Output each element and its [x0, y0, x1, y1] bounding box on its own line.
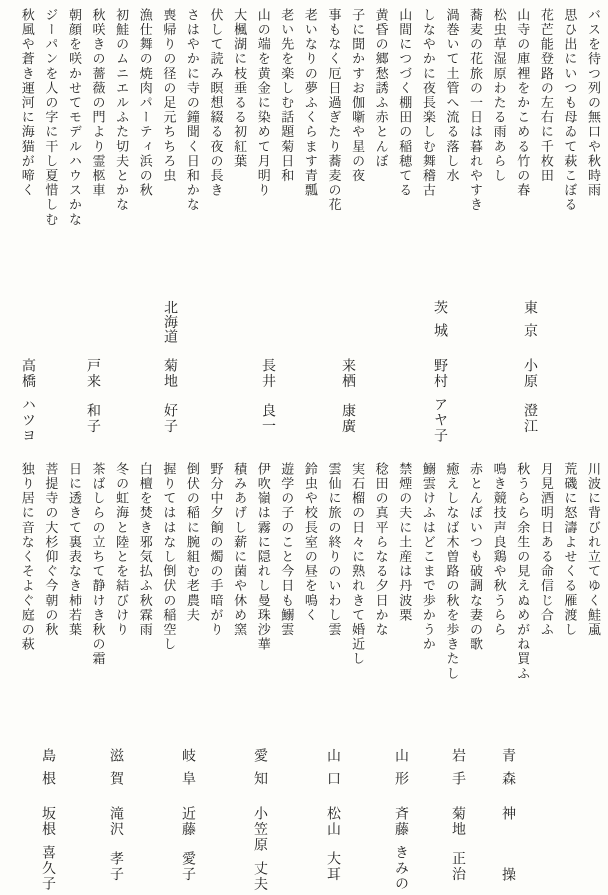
haiku-column: 雲仙に旅の終りのいわし雲	[326, 462, 340, 637]
author-location-label: 東京	[520, 300, 538, 348]
author-location-label: 山口	[323, 748, 341, 796]
haiku-column: 鈴虫や校長室の昼を鳴く	[303, 462, 317, 623]
author-family-name: 来栖	[340, 358, 355, 389]
haiku-column: 秋風や蒼き運河に海猫が啼く	[20, 8, 34, 198]
haiku-column: 山間につづく棚田の稲穂てる	[397, 8, 411, 198]
haiku-column: 松虫草湿原わたる雨あらし	[492, 8, 506, 183]
haiku-column: 実石榴の日々に熟れきて婚近し	[350, 462, 364, 666]
author-given-name: 大耳	[325, 851, 340, 882]
author-column: 茨城野村アヤ子	[430, 300, 448, 444]
author-location-label: 愛知	[250, 748, 268, 796]
author-column: 来栖康廣	[338, 300, 356, 434]
haiku-column: 山寺の庫裡をかこめる竹の春	[515, 8, 529, 198]
haiku-column: 子に聞かすお伽噺や星の夜	[350, 8, 364, 183]
haiku-column: 稔田の真平らなる夕日かな	[374, 462, 388, 637]
author-given-name: 愛子	[180, 851, 195, 882]
haiku-column: 白檀を焚き邪気払ふ秋霖雨	[138, 462, 152, 637]
haiku-page: バスを待つ列の無口や秋時雨思ひ出にいつも母ゐて萩こぼる花芒能登路の左右に千枚田山…	[0, 0, 608, 895]
author-given-name: 喜久子	[40, 845, 55, 892]
haiku-column: 老いなりの夢ふくらます青瓢	[303, 8, 317, 198]
haiku-column: 朝顔を咲かせてモデルハウスかな	[67, 8, 81, 227]
haiku-column: 癒えしなば木曽路の秋を歩きたし	[444, 462, 458, 681]
author-family-name: 近藤	[180, 806, 195, 837]
haiku-column: 赤とんぼいつも破調な妻の歌	[468, 462, 482, 652]
author-column: 東京小原澄江	[520, 300, 538, 434]
author-family-name: 坂根	[40, 806, 55, 837]
author-family-name: 野村	[432, 358, 447, 389]
author-given-name: 正治	[450, 851, 465, 882]
author-family-name: 松山	[325, 806, 340, 837]
author-given-name: 和子	[85, 403, 100, 434]
author-location-label: 滋賀	[106, 748, 124, 796]
haiku-column: 渦巻いて土管へ流る落し水	[444, 8, 458, 183]
author-family-name: 戸来	[85, 358, 100, 389]
haiku-column: 漁仕舞の焼肉パーティ浜の秋	[138, 8, 152, 198]
author-given-name: ハツヨ	[20, 397, 35, 444]
author-column: 愛知小笠原丈夫	[250, 748, 268, 892]
haiku-column: 月見酒明日ある命信じ合ふ	[539, 462, 553, 637]
haiku-column: 初鮭のムニエルふた切夫とかな	[114, 8, 128, 212]
top-poems-band: バスを待つ列の無口や秋時雨思ひ出にいつも母ゐて萩こぼる花芒能登路の左右に千枚田山…	[20, 8, 600, 298]
haiku-column: 思ひ出にいつも母ゐて萩こぼる	[562, 8, 576, 212]
author-location-label: 北海道	[160, 300, 178, 348]
haiku-column: 野分中夕餉の燭の手暗がり	[209, 462, 223, 637]
haiku-column: 秋咲きの薔薇の門より霊柩車	[91, 8, 105, 198]
haiku-column: 大楓湖に枝垂るる初紅葉	[232, 8, 246, 169]
author-column: 山口松山大耳	[323, 748, 341, 882]
haiku-column: 倒伏の稲に腕組む老農夫	[185, 462, 199, 623]
author-column: 北海道菊地好子	[160, 300, 178, 434]
author-family-name: 神	[500, 806, 515, 822]
haiku-column: 喪帰りの径の足元ちちろ虫	[161, 8, 175, 183]
author-given-name: 澄江	[522, 403, 537, 434]
author-given-name: 丈夫	[252, 861, 267, 892]
haiku-column: 茶ばしらの立ちて静けき秋の霜	[91, 462, 105, 666]
author-given-name: 孝子	[108, 851, 123, 882]
haiku-column: 蕎麦の花旅の一日は暮れやすき	[468, 8, 482, 212]
haiku-column: 川波に背びれ立てゆく鮭颪	[586, 462, 600, 637]
haiku-column: 荒磯に怒濤よせくる雁渡し	[562, 462, 576, 637]
author-given-name: 康廣	[340, 403, 355, 434]
top-authors-band: 東京小原澄江茨城野村アヤ子来栖康廣長井良一北海道菊地好子戸来和子高橋ハツヨ	[0, 300, 608, 455]
haiku-column: 老い先を楽しむ話題菊日和	[279, 8, 293, 183]
haiku-column: さはやかに寺の鐘聞く日和かな	[185, 8, 199, 212]
author-column: 戸来和子	[83, 300, 101, 434]
author-column: 岩手菊地正治	[448, 748, 466, 882]
author-location-label: 岐阜	[178, 748, 196, 796]
haiku-column: 禁煙の夫に土産は丹波栗	[397, 462, 411, 623]
haiku-column: 事もなく厄日過ぎたり蕎麦の花	[326, 8, 340, 212]
haiku-column: しなやかに夜長楽しむ舞稽古	[421, 8, 435, 198]
author-family-name: 長井	[260, 358, 275, 389]
haiku-column: ジーパンを人の字に干し夏惜しむ	[43, 8, 57, 227]
author-given-name: アヤ子	[432, 397, 447, 444]
haiku-column: 独り居に音なくそよぐ庭の萩	[20, 462, 34, 652]
haiku-column: 握りてははなし倒伏の稲空し	[161, 462, 175, 652]
author-given-name: 好子	[162, 403, 177, 434]
author-location-label: 島根	[38, 748, 56, 796]
haiku-column: 花芒能登路の左右に千枚田	[539, 8, 553, 183]
author-column: 山形斉藤きみの	[391, 748, 409, 892]
author-given-name: 良一	[260, 403, 275, 434]
haiku-column: 伏して読み瞑想綴る夜の長き	[209, 8, 223, 198]
haiku-column: 積みあげし薪に菌や休め窯	[232, 462, 246, 637]
haiku-column: バスを待つ列の無口や秋時雨	[586, 8, 600, 198]
author-location-label: 山形	[391, 748, 409, 796]
author-column: 青森神操	[498, 748, 516, 882]
author-given-name: 操	[500, 867, 515, 883]
author-family-name: 小原	[522, 358, 537, 389]
author-location-label: 茨城	[430, 300, 448, 348]
haiku-column: 秋うらら余生の見えぬめがね買ふ	[515, 462, 529, 681]
bottom-poems-band: 川波に背びれ立てゆく鮭颪荒磯に怒濤よせくる雁渡し月見酒明日ある命信じ合ふ秋うらら…	[20, 462, 600, 762]
author-family-name: 小笠原	[252, 806, 267, 853]
haiku-column: 鰯雲けふはどこまで歩かうか	[421, 462, 435, 652]
haiku-column: 黄昏の郷愁誘ふ赤とんぼ	[374, 8, 388, 169]
haiku-column: 冬の虹海と陸とを結びけり	[114, 462, 128, 637]
haiku-column: 伊吹嶺は霧に隠れし曼珠沙華	[256, 462, 270, 652]
author-column: 長井良一	[258, 300, 276, 434]
haiku-column: 遊学の子のこと今日も鰯雲	[279, 462, 293, 637]
author-family-name: 斉藤	[393, 806, 408, 837]
author-column: 島根坂根喜久子	[38, 748, 56, 892]
author-family-name: 菊地	[450, 806, 465, 837]
author-family-name: 滝沢	[108, 806, 123, 837]
bottom-authors-band: 青森神操岩手菊地正治山形斉藤きみの山口松山大耳愛知小笠原丈夫岐阜近藤愛子滋賀滝沢…	[0, 748, 608, 893]
haiku-column: 日に透きて裏表なき柿若葉	[67, 462, 81, 637]
author-column: 滋賀滝沢孝子	[106, 748, 124, 882]
author-family-name: 菊地	[162, 358, 177, 389]
author-family-name: 高橋	[20, 358, 35, 389]
haiku-column: 鳴き競技声良鶏や秋うらら	[492, 462, 506, 637]
author-location-label: 岩手	[448, 748, 466, 796]
author-column: 高橋ハツヨ	[18, 300, 36, 444]
haiku-column: 山の端を黄金に染めて月明り	[256, 8, 270, 198]
author-column: 岐阜近藤愛子	[178, 748, 196, 882]
author-given-name: きみの	[393, 845, 408, 892]
author-location-label: 青森	[498, 748, 516, 796]
haiku-column: 菩提寺の大杉仰ぐ今朝の秋	[43, 462, 57, 637]
